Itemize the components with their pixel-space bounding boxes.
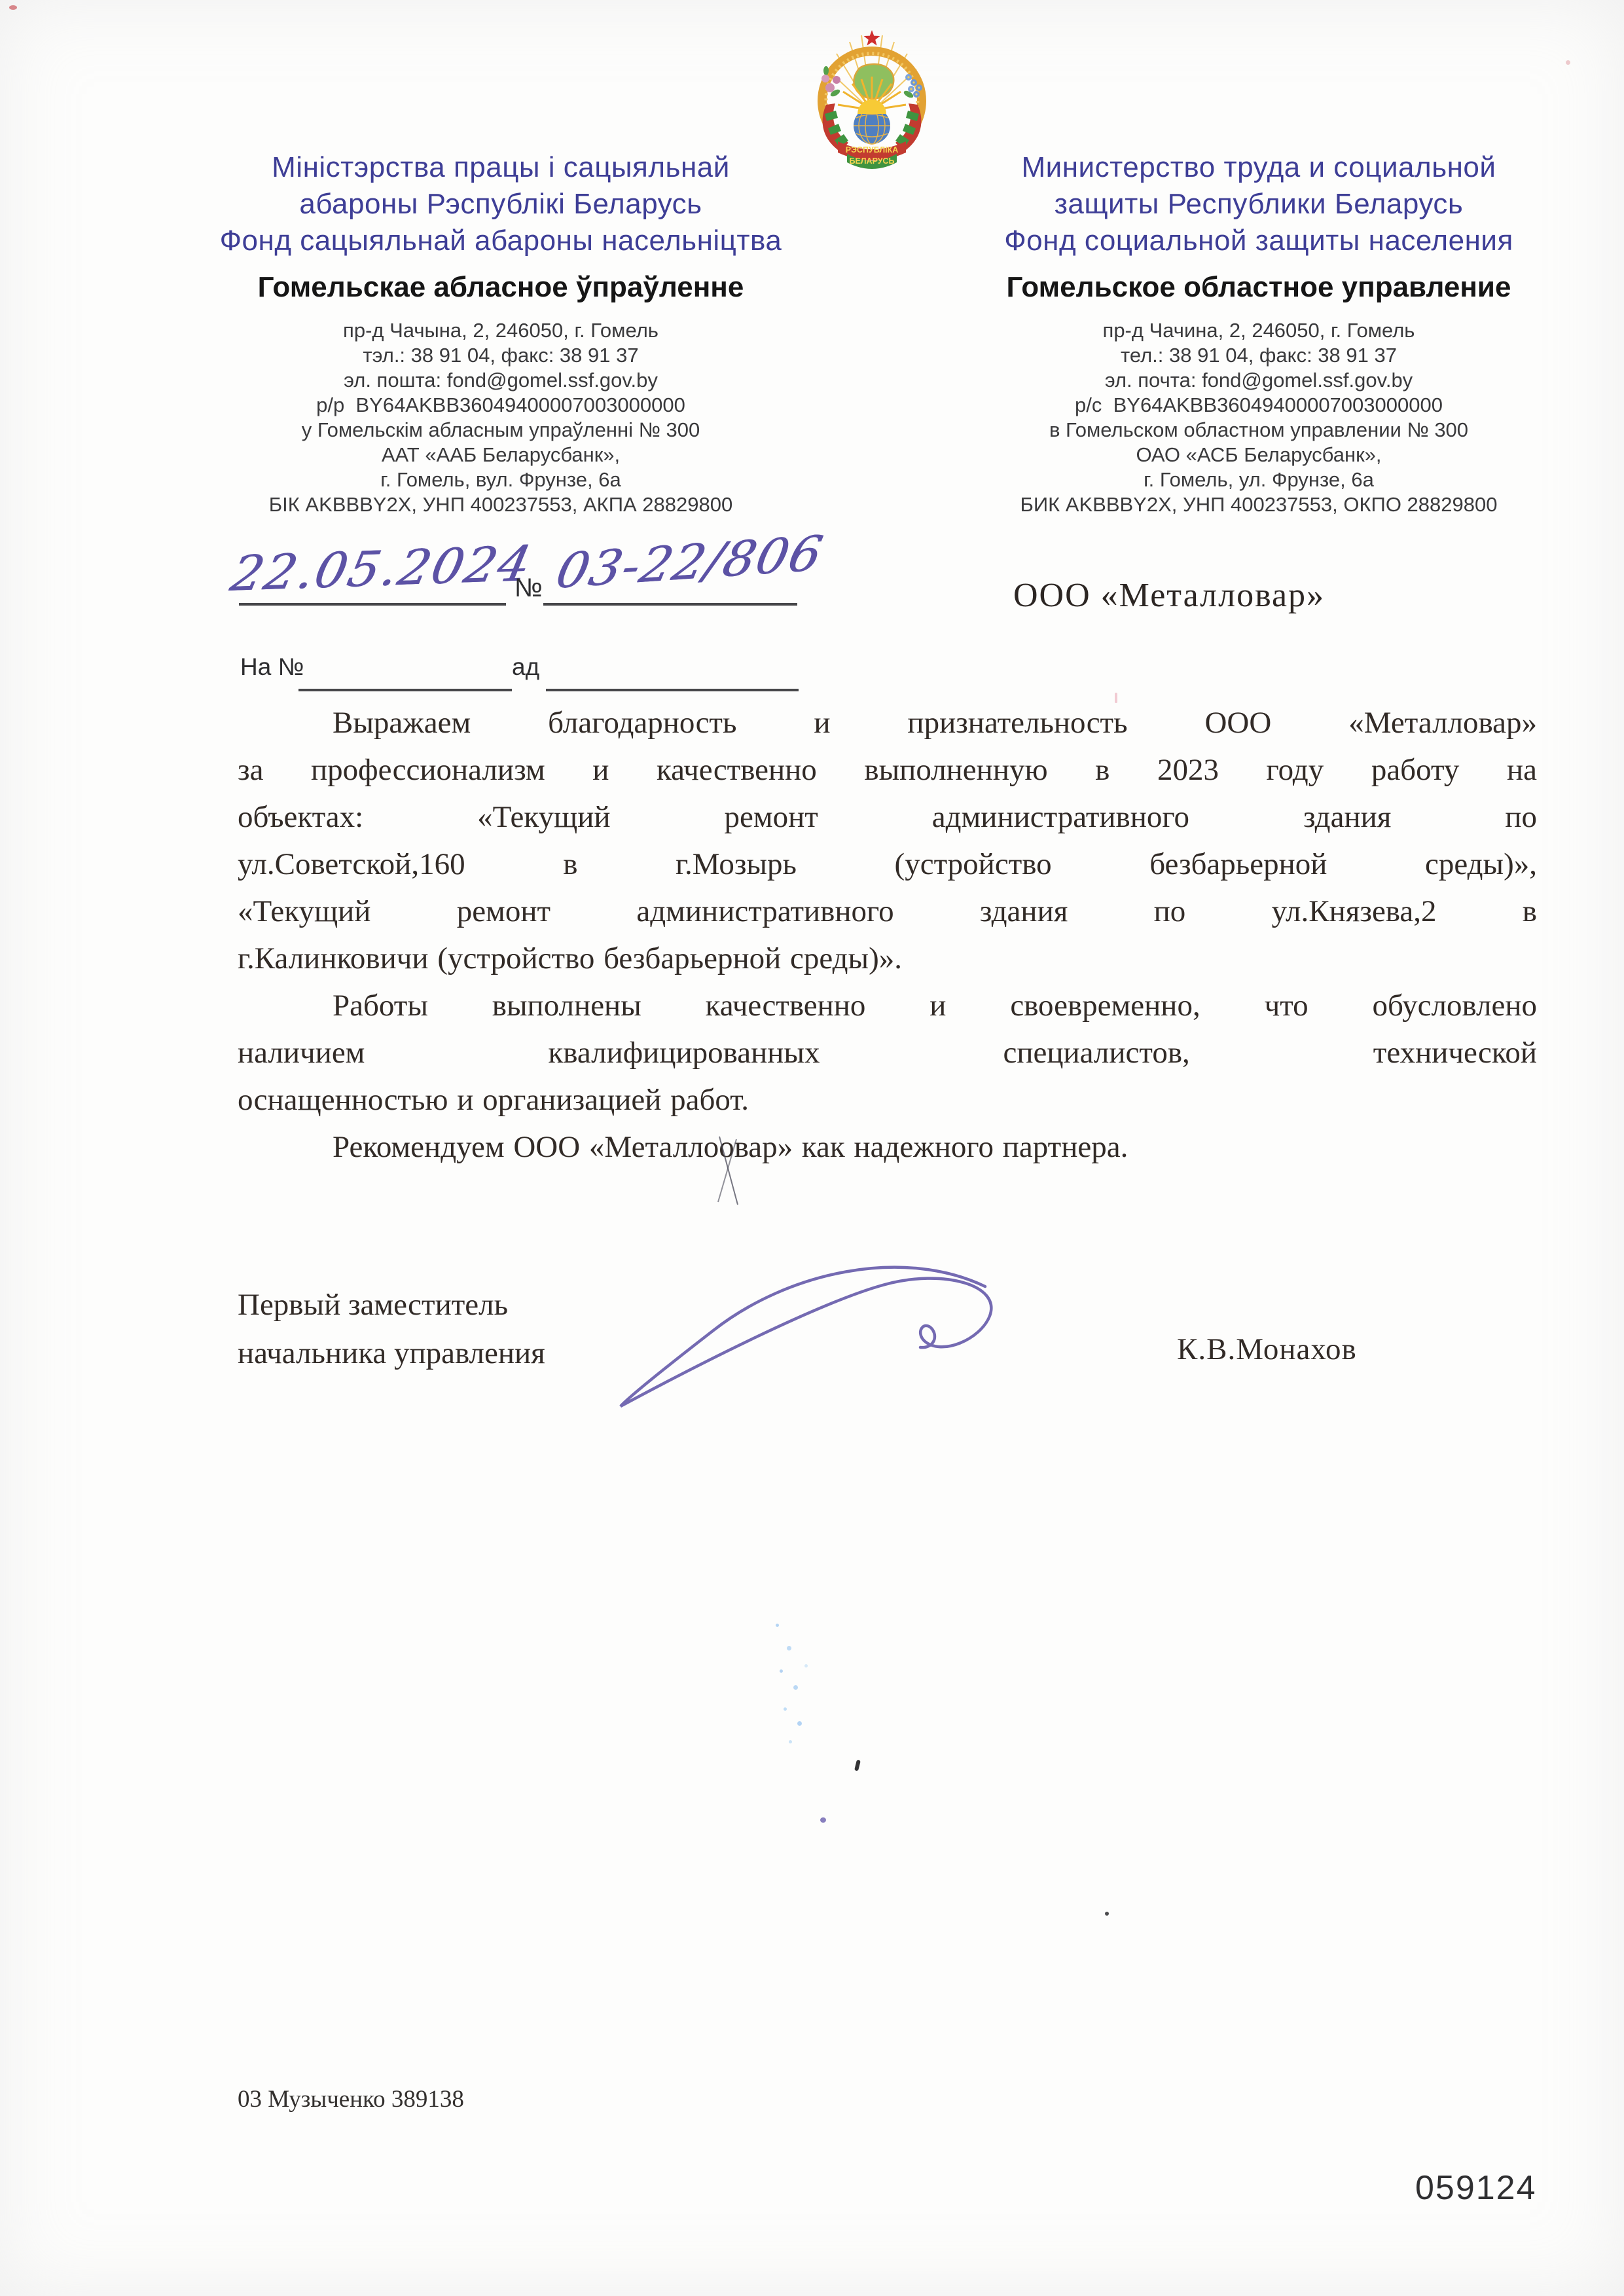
reply-to-number-label: На № [240, 653, 304, 681]
banner-text-2: БЕЛАРУСЬ [849, 156, 894, 166]
ministry-line: Фонд сацыяльнай абароны насельніцтва [196, 223, 805, 259]
form-number: 059124 [1415, 2168, 1537, 2208]
address-line: пр-д Чачына, 2, 246050, г. Гомель [196, 318, 805, 343]
address-line: тел.: 38 91 04, факс: 38 91 37 [948, 343, 1570, 368]
scan-speck-cluster [776, 1624, 779, 1627]
address-line: тэл.: 38 91 04, факс: 38 91 37 [196, 343, 805, 368]
body-line: оснащенностью и организацией работ. [238, 1076, 1537, 1123]
department-name: Гомельское областное управление [948, 270, 1570, 305]
body-line: объектах: «Текущий ремонт административн… [238, 793, 1537, 841]
address-line: ОАО «АСБ Беларусбанк», [948, 443, 1570, 467]
address-line: р/с BY64AKBB36049400007003000000 [948, 393, 1570, 418]
banner-text-1: РЭСПУБЛІКА [846, 145, 899, 155]
scan-speck [1566, 60, 1570, 65]
signer-position-line-1: Первый заместитель [238, 1287, 508, 1322]
body-line: за профессионализм и качественно выполне… [238, 746, 1537, 793]
handwritten-signature [589, 1224, 1047, 1427]
ministry-line: Фонд социальной защиты населения [948, 223, 1570, 259]
ministry-line: Министерство труда и социальной [948, 149, 1570, 186]
body-line: г.Калинковичи (устройство безбарьерной с… [238, 935, 1537, 982]
signer-name: К.В.Монахов [1177, 1332, 1357, 1367]
address-block: пр-д Чачына, 2, 246050, г. Гомель тэл.: … [196, 318, 805, 517]
handwritten-date: 22.05.2024 [226, 536, 537, 602]
body-line: Выражаем благодарность и признательность… [238, 699, 1537, 746]
executor-line: 03 Музыченко 389138 [238, 2085, 464, 2113]
reply-date-underline [546, 689, 799, 691]
address-line: эл. почта: fond@gomel.ssf.gov.by [948, 368, 1570, 393]
letter-body: Выражаем благодарность и признательность… [238, 699, 1537, 1171]
belarus-coat-of-arms-icon: РЭСПУБЛІКА БЕЛАРУСЬ [806, 27, 937, 175]
scan-speck [854, 1760, 861, 1772]
address-line: БИК AKBBBY2X, УНП 400237553, ОКПО 288298… [948, 492, 1570, 517]
scan-speck [9, 5, 17, 10]
address-block: пр-д Чачина, 2, 246050, г. Гомель тел.: … [948, 318, 1570, 517]
number-sign-label: № [514, 574, 543, 603]
body-line: «Текущий ремонт административного здания… [238, 888, 1537, 935]
address-line: г. Гомель, ул. Фрунзе, 6а [948, 467, 1570, 492]
address-line: эл. пошта: fond@gomel.ssf.gov.by [196, 368, 805, 393]
reply-number-underline [298, 689, 512, 691]
scanned-letter-page: РЭСПУБЛІКА БЕЛАРУСЬ Міністэрства працы і… [0, 0, 1624, 2296]
ref-number-underline [543, 603, 797, 606]
signer-position-line-2: начальника управления [238, 1336, 545, 1371]
department-name: Гомельскае абласное ўпраўленне [196, 270, 805, 305]
address-line: у Гомельскім абласным упраўленні № 300 [196, 418, 805, 443]
letterhead-right-column: Министерство труда и социальной защиты Р… [948, 149, 1570, 517]
letterhead-left-column: Міністэрства працы і сацыяльнай абароны … [196, 149, 805, 517]
recipient-name: ООО «Металловар» [1013, 576, 1432, 615]
address-line: БІК AKBBBY2X, УНП 400237553, АКПА 288298… [196, 492, 805, 517]
body-line: Рекомендуем ООО «Металлоовар» как надежн… [238, 1123, 1537, 1171]
red-star-icon [864, 30, 880, 46]
ministry-line: абароны Рэспублікі Беларусь [196, 186, 805, 223]
ministry-line: защиты Республики Беларусь [948, 186, 1570, 223]
body-line: наличием квалифицированных специалистов,… [238, 1029, 1537, 1076]
scan-speck [820, 1817, 826, 1823]
address-line: р/р BY64AKBB36049400007003000000 [196, 393, 805, 418]
date-underline [239, 603, 506, 606]
reply-date-label: ад [512, 653, 539, 681]
address-line: пр-д Чачина, 2, 246050, г. Гомель [948, 318, 1570, 343]
ministry-line: Міністэрства працы і сацыяльнай [196, 149, 805, 186]
body-line: ул.Советской,160 в г.Мозырь (устройство … [238, 841, 1537, 888]
address-line: в Гомельском областном управлении № 300 [948, 418, 1570, 443]
handwritten-ref-number: 03-22/806 [551, 525, 828, 600]
scan-speck [1115, 693, 1117, 703]
address-line: ААТ «ААБ Беларусбанк», [196, 443, 805, 467]
body-line: Работы выполнены качественно и своевреме… [238, 982, 1537, 1029]
scan-speck [1105, 1912, 1109, 1916]
pen-correction-mark [713, 1133, 744, 1209]
address-line: г. Гомель, вул. Фрунзе, 6а [196, 467, 805, 492]
